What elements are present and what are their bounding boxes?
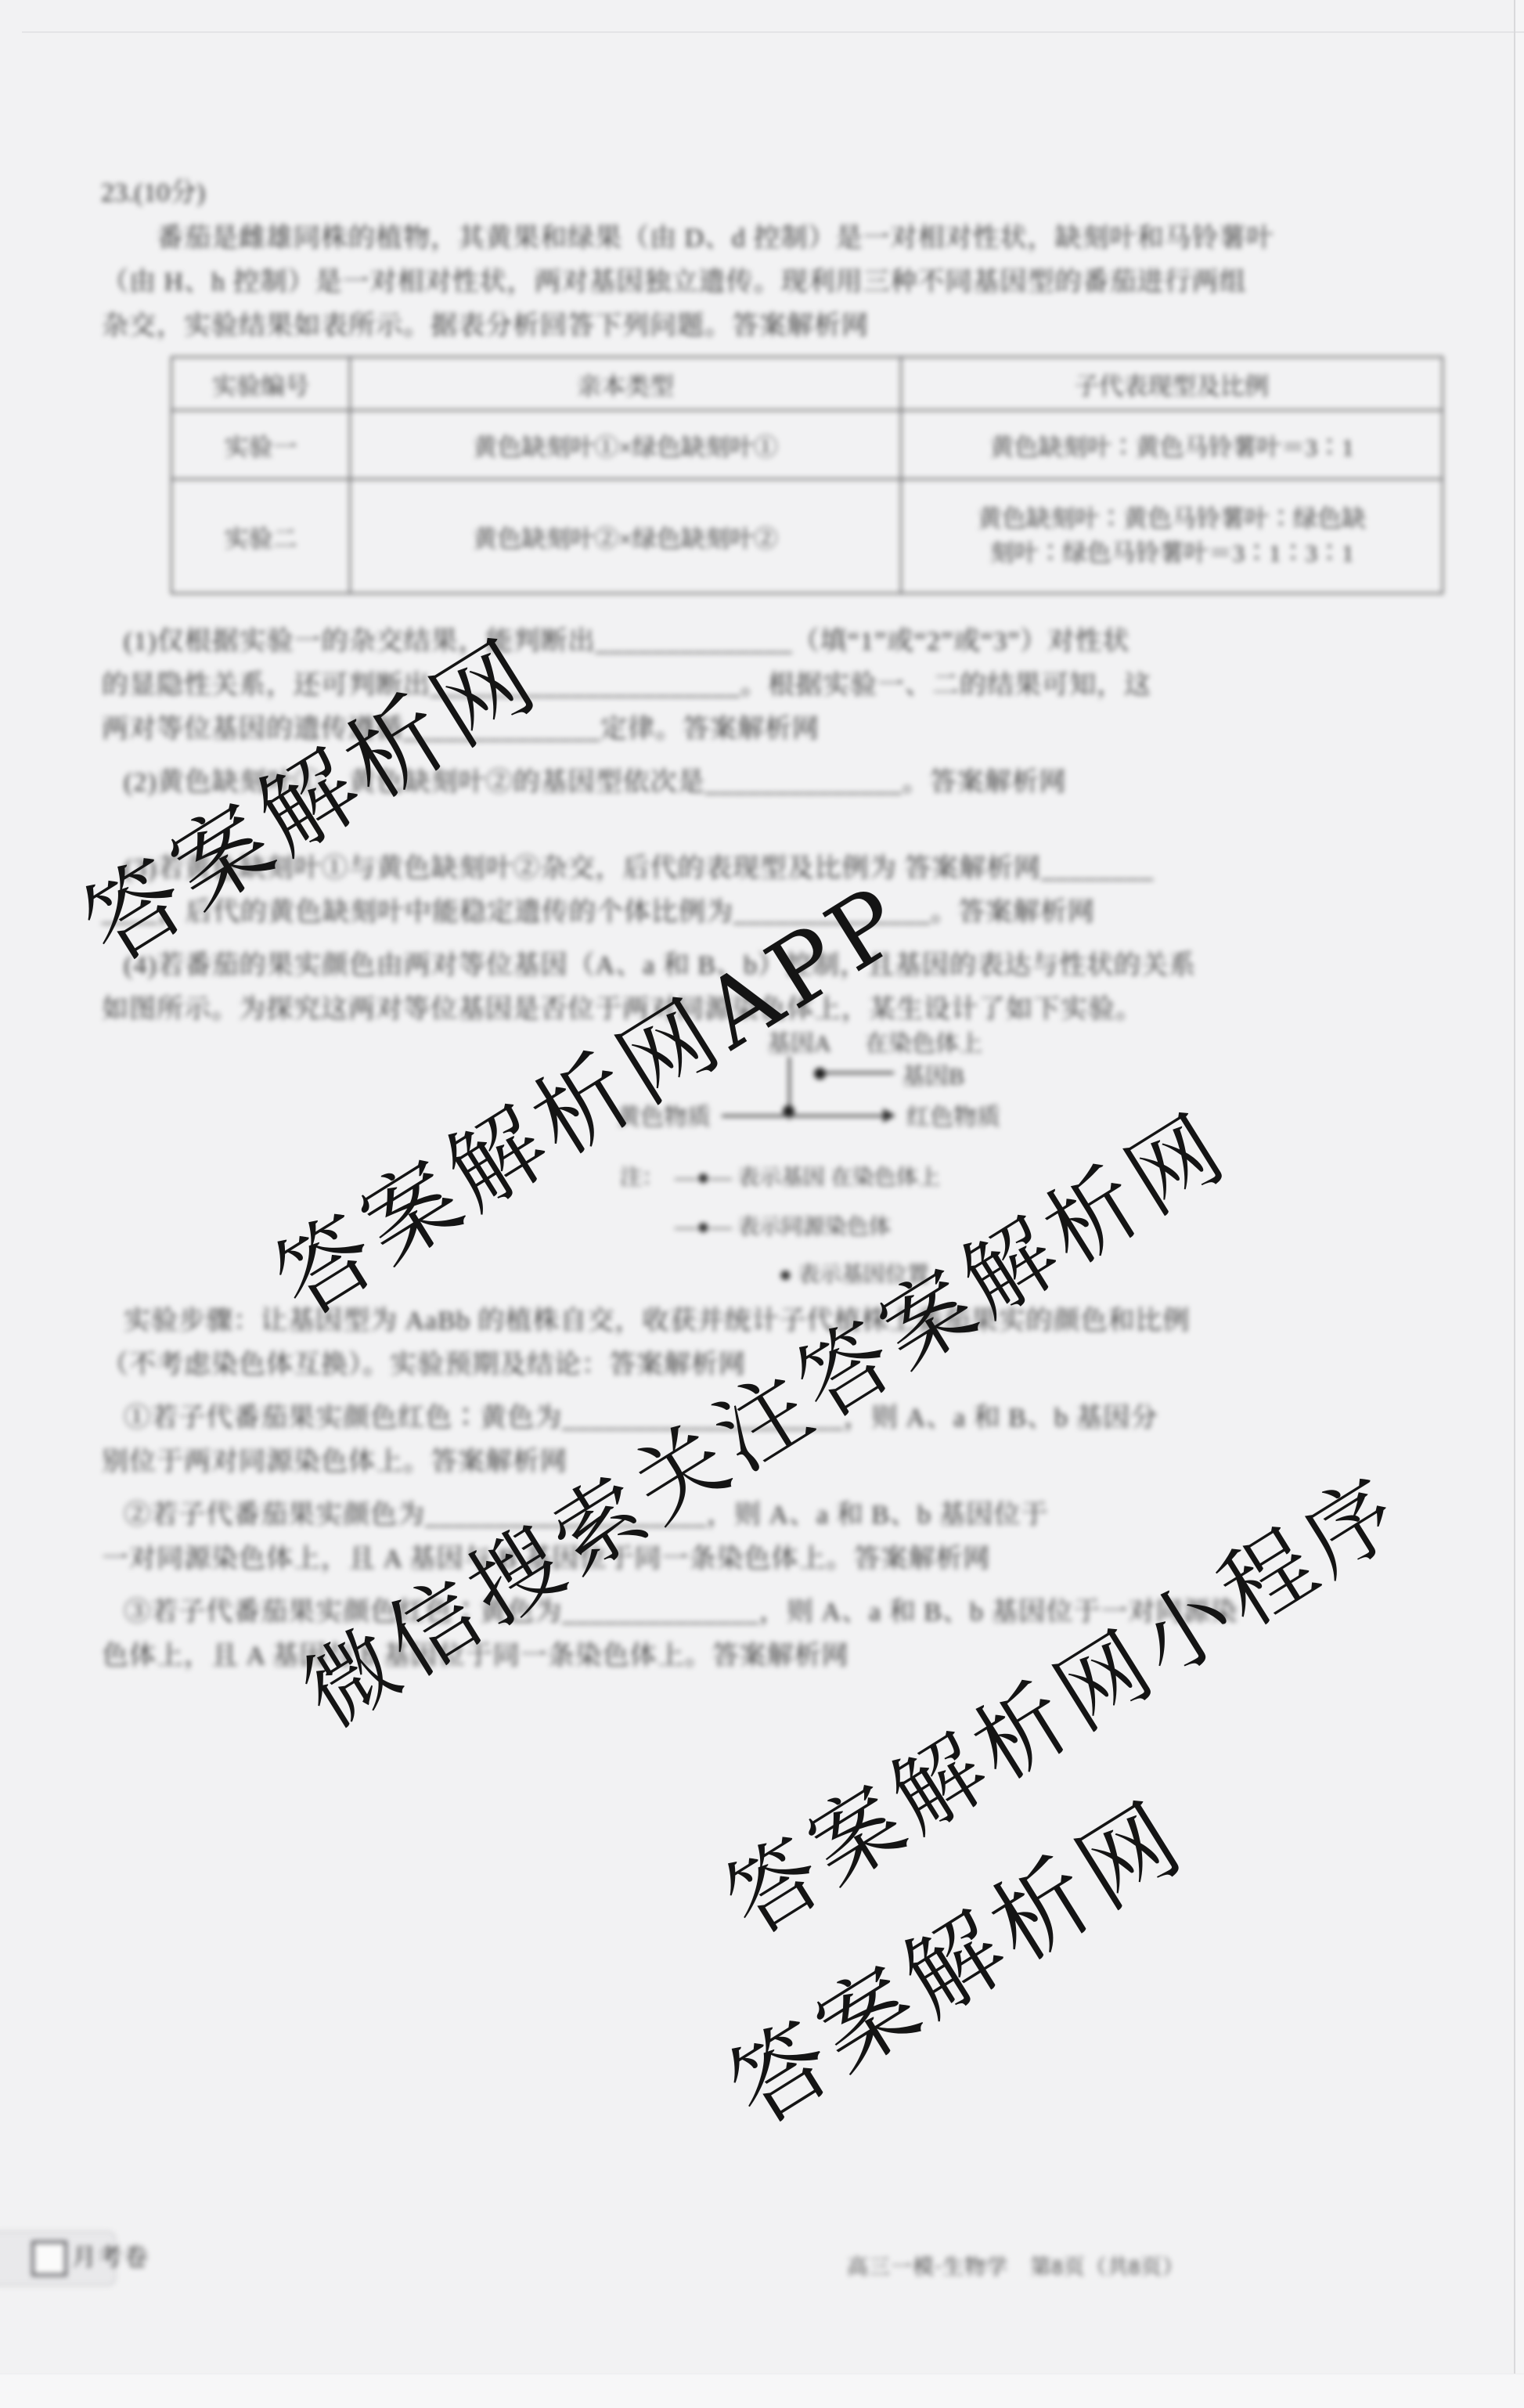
experiment-table: 实验编号 亲本类型 子代表现型及比例 实验一 黄色缺刻叶①×绿色缺刻叶① 黄色缺… <box>171 356 1443 594</box>
table-cell-exp2-offspring: 黄色缺刻叶∶黄色马铃薯叶∶绿色缺 刻叶∶绿色马铃薯叶＝3∶1∶3∶1 <box>901 479 1443 593</box>
gene-b-pointer-line <box>823 1072 894 1074</box>
table-row: 实验一 黄色缺刻叶①×绿色缺刻叶① 黄色缺刻叶∶黄色马铃薯叶＝3∶1 <box>171 410 1443 479</box>
footer-page-info: 高三一模·生物学 第8页（共8页） <box>847 2250 1184 2280</box>
diagram-on-chromosome-label: 在染色体上 <box>865 1024 982 1058</box>
offspring-line-2: 刻叶∶绿色马铃薯叶＝3∶1∶3∶1 <box>906 536 1437 571</box>
question-number: 23.(10分) <box>101 171 205 209</box>
table-row: 实验二 黄色缺刻叶②×绿色缺刻叶② 黄色缺刻叶∶黄色马铃薯叶∶绿色缺 刻叶∶绿色… <box>171 479 1443 593</box>
table-header-row: 实验编号 亲本类型 子代表现型及比例 <box>171 357 1443 410</box>
scanned-exam-page: { "doc": { "question_number": "23.(10分)"… <box>0 0 1524 2408</box>
offspring-line-1: 黄色缺刻叶∶黄色马铃薯叶∶绿色缺 <box>906 502 1437 536</box>
reaction-arrow-line <box>722 1115 886 1117</box>
q1-line-2: 的显隐性关系，还可判断出______________________。根据实验一… <box>102 670 1151 701</box>
diagram-legend-2: —●— 表示同源染色体 <box>675 1209 891 1241</box>
intro-line-3: 杂交，实验结果如表所示。据表分析回答下列问题。答案解析网 <box>102 311 869 342</box>
table-cell-exp1-parents: 黄色缺刻叶①×绿色缺刻叶① <box>350 410 901 479</box>
table-cell-exp1-no: 实验一 <box>171 410 350 479</box>
diagram-gene-b-label: 基因B <box>902 1057 964 1091</box>
table-cell-exp2-no: 实验二 <box>171 479 350 593</box>
diagram-legend-1: —●— 表示基因 在染色体上 <box>675 1160 940 1191</box>
footer-badge-label: 月考卷 <box>72 2237 150 2273</box>
diagram-red-substance-label: 红色物质 <box>906 1098 1000 1132</box>
table-cell-exp1-offspring: 黄色缺刻叶∶黄色马铃薯叶＝3∶1 <box>901 410 1443 479</box>
intro-line-1: 番茄是雌雄同株的植物，其黄果和绿果（由 D、d 控制）是一对相对性状，缺刻叶和马… <box>157 223 1274 254</box>
q1-line-1: (1)仅根据实验一的杂交结果，能判断出______________（填“1”或“… <box>124 626 1129 658</box>
reaction-arrow-head <box>883 1108 895 1123</box>
table-header-experiment-no: 实验编号 <box>171 357 350 410</box>
intro-line-2: （由 H、h 控制）是一对相对性状，两对基因独立遗传。现利用三种不同基因型的番茄… <box>102 267 1247 298</box>
table-header-offspring: 子代表现型及比例 <box>901 357 1443 410</box>
diagram-note-label: 注： <box>620 1160 664 1191</box>
table-header-parent-type: 亲本类型 <box>350 357 901 410</box>
table-cell-exp2-parents: 黄色缺刻叶②×绿色缺刻叶② <box>350 479 901 593</box>
steps-line-2: （不考虑染色体互换）。实验预期及结论：答案解析网 <box>102 1350 746 1381</box>
footer-badge-square-icon <box>31 2240 67 2276</box>
result1-line-2: 别位于两对同源染色体上。答案解析网 <box>102 1447 567 1478</box>
